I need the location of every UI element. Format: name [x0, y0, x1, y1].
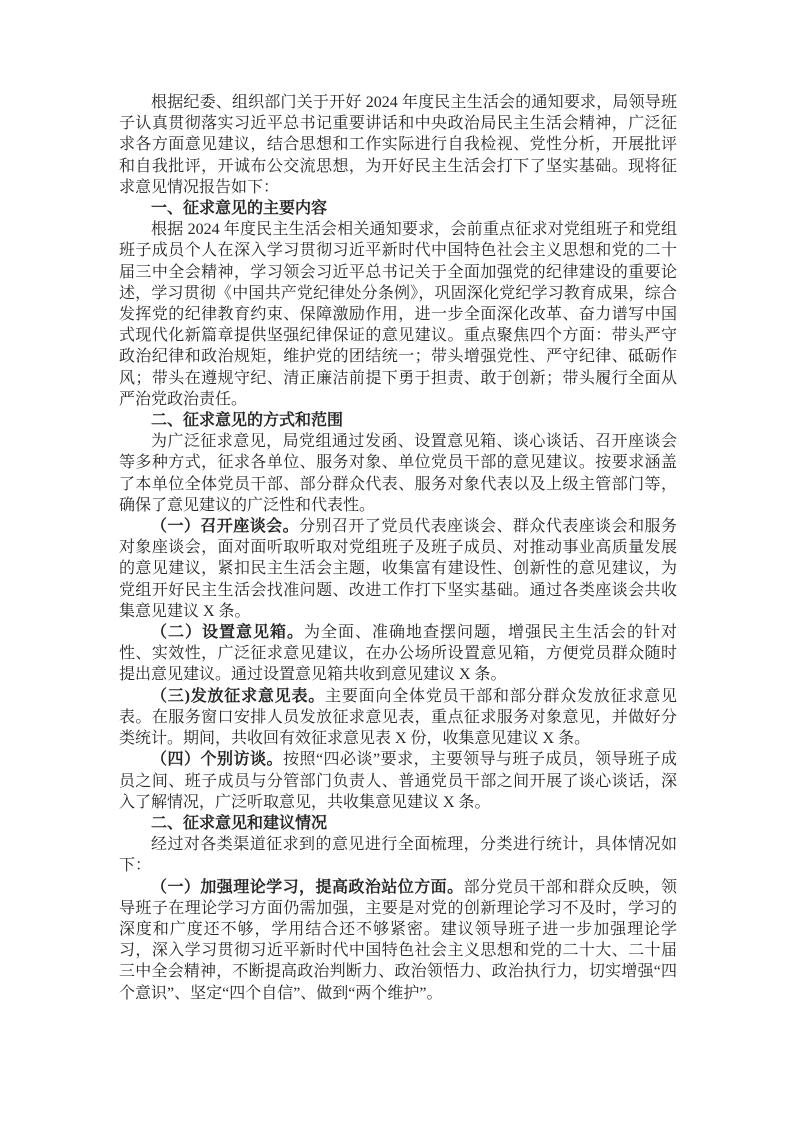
- section-3-heading: 二、征求意见和建议情况: [119, 813, 677, 834]
- section-1-heading: 一、征求意见的主要内容: [119, 198, 677, 219]
- item-1-symposium: （一）召开座谈会。分别召开了党员代表座谈会、群众代表座谈会和服务对象座谈会，面对…: [119, 516, 677, 622]
- section-2-heading: 二、征求意见的方式和范围: [119, 410, 677, 431]
- document-page: 根据纪委、组织部门关于开好 2024 年度民主生活会的通知要求，局领导班子认真贯…: [0, 0, 793, 1122]
- section-1-body: 根据 2024 年度民主生活会相关通知要求，会前重点征求对党组班子和党组班子成员…: [119, 219, 677, 410]
- item-theory-study: （一）加强理论学习，提高政治站位方面。部分党员干部和群众反映，领导班子在理论学习…: [119, 877, 677, 1004]
- item-theory-study-text: 部分党员干部和群众反映，领导班子在理论学习方面仍需加强，主要是对党的创新理论学习…: [119, 879, 677, 1002]
- item-theory-study-lead: （一）加强理论学习，提高政治站位方面。: [151, 879, 464, 896]
- item-1-symposium-lead: （一）召开座谈会。: [151, 518, 299, 535]
- item-3-feedback-form-lead: （三)发放征求意见表。: [151, 688, 325, 705]
- intro-paragraph: 根据纪委、组织部门关于开好 2024 年度民主生活会的通知要求，局领导班子认真贯…: [119, 92, 677, 198]
- section-3-intro: 经过对各类渠道征求到的意见进行全面梳理，分类进行统计，具体情况如下：: [119, 834, 677, 876]
- section-2-intro: 为广泛征求意见，局党组通过发函、设置意见箱、谈心谈话、召开座谈会等多种方式，征求…: [119, 431, 677, 516]
- item-2-suggestion-box-lead: （二）设置意见箱。: [151, 624, 304, 641]
- item-3-feedback-form: （三)发放征求意见表。主要面向全体党员干部和部分群众发放征求意见表。在服务窗口安…: [119, 686, 677, 750]
- item-4-individual-talks-lead: （四）个别访谈。: [151, 751, 283, 768]
- item-2-suggestion-box: （二）设置意见箱。为全面、准确地查摆问题，增强民主生活会的针对性、实效性，广泛征…: [119, 622, 677, 686]
- item-4-individual-talks: （四）个别访谈。按照“四必谈”要求，主要领导与班子成员，领导班子成员之间、班子成…: [119, 749, 677, 813]
